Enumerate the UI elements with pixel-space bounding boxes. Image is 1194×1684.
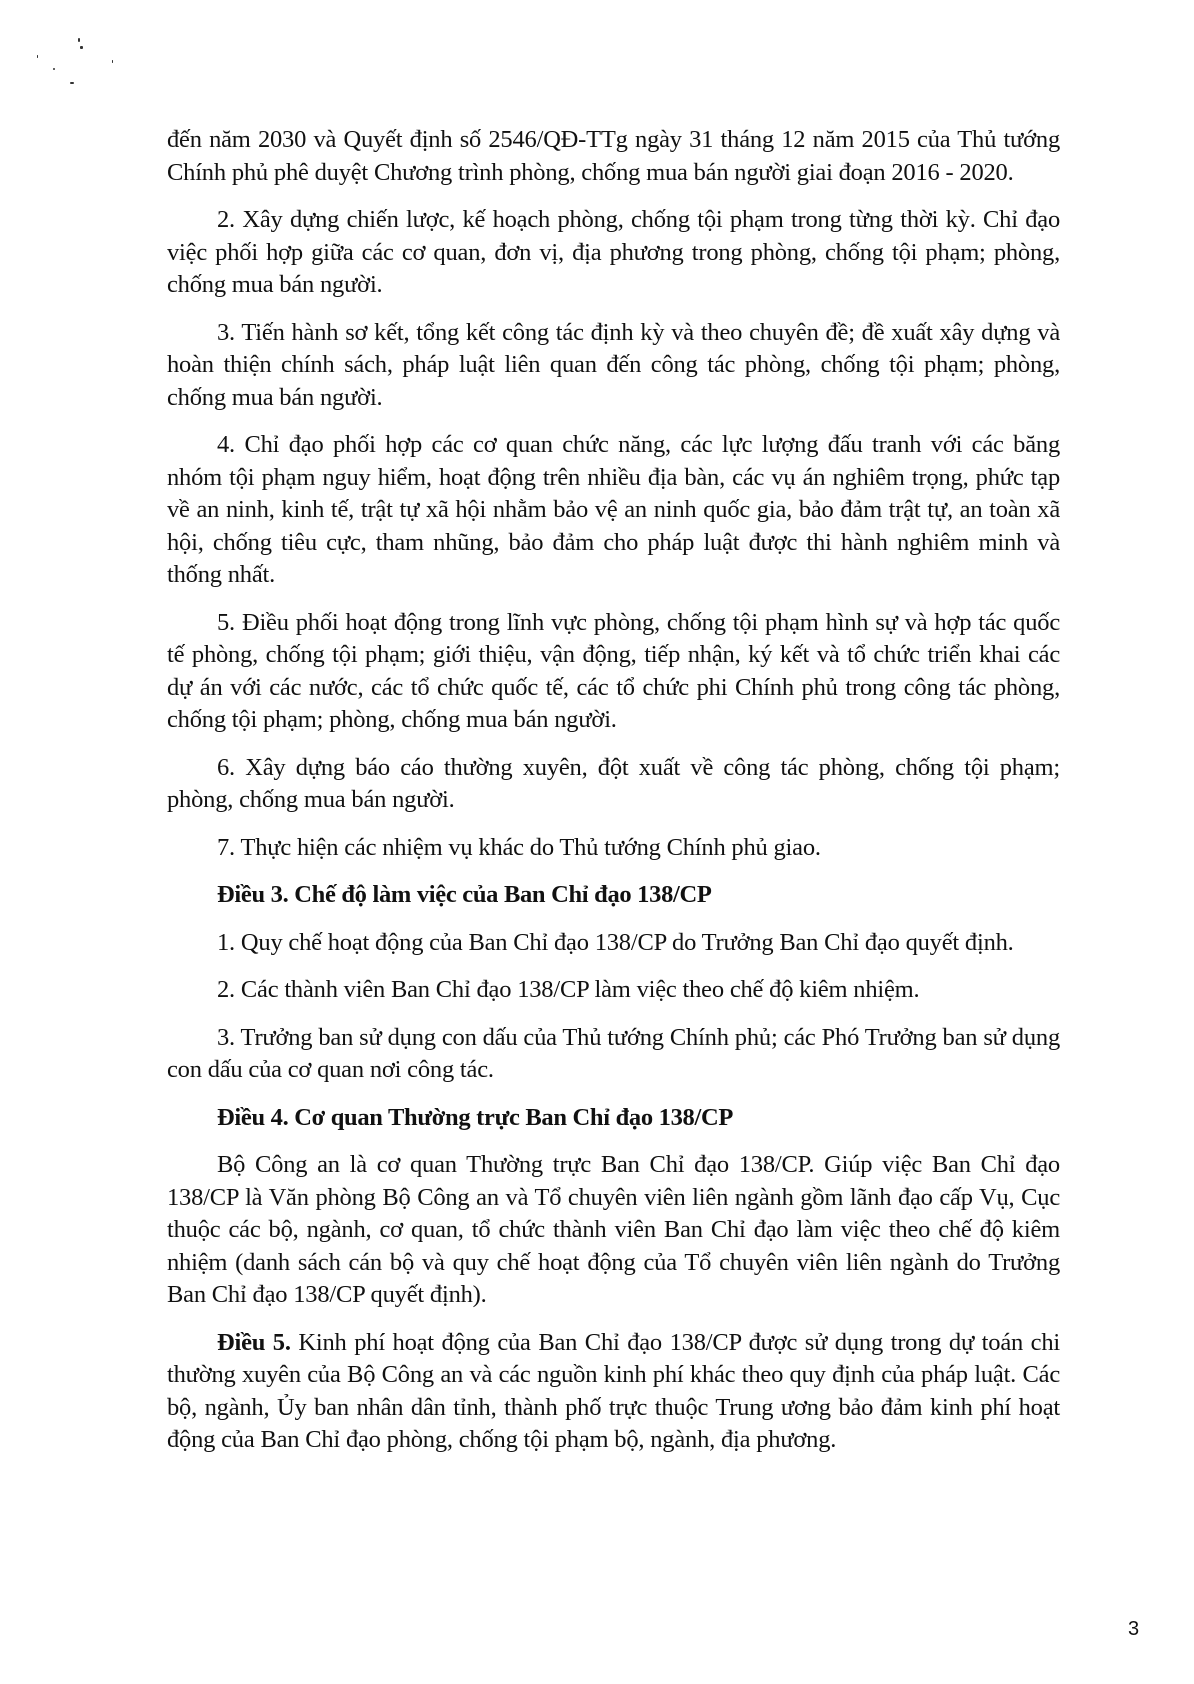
paragraph-item-2: 2. Xây dựng chiến lược, kế hoạch phòng, … [167,204,1060,302]
paragraph-continuation: đến năm 2030 và Quyết định số 2546/QĐ-TT… [167,124,1060,189]
page-number: 3 [1128,1618,1139,1641]
article-3-item-2: 2. Các thành viên Ban Chỉ đạo 138/CP làm… [167,974,1060,1007]
paragraph-item-3: 3. Tiến hành sơ kết, tổng kết công tác đ… [167,317,1060,415]
scan-artifact [78,38,80,42]
paragraph-item-6: 6. Xây dựng báo cáo thường xuyên, đột xu… [167,752,1060,817]
paragraph-item-7: 7. Thực hiện các nhiệm vụ khác do Thủ tư… [167,832,1060,865]
document-page: đến năm 2030 và Quyết định số 2546/QĐ-TT… [167,124,1060,1472]
scan-artifact [70,82,74,84]
article-5-body: Điều 5. Kinh phí hoạt động của Ban Chỉ đ… [167,1327,1060,1457]
scan-artifact [37,55,38,58]
article-3-heading: Điều 3. Chế độ làm việc của Ban Chỉ đạo … [167,879,1060,912]
article-3-item-3: 3. Trưởng ban sử dụng con dấu của Thủ tư… [167,1022,1060,1087]
article-5-label: Điều 5. [217,1329,291,1356]
scan-artifact [80,46,83,49]
article-4-body: Bộ Công an là cơ quan Thường trực Ban Ch… [167,1149,1060,1312]
scan-artifact [112,60,113,63]
scan-artifact [53,68,55,70]
article-5-text: Kinh phí hoạt động của Ban Chỉ đạo 138/C… [167,1329,1060,1454]
article-4-heading: Điều 4. Cơ quan Thường trực Ban Chỉ đạo … [167,1102,1060,1135]
article-3-item-1: 1. Quy chế hoạt động của Ban Chỉ đạo 138… [167,927,1060,960]
paragraph-item-4: 4. Chỉ đạo phối hợp các cơ quan chức năn… [167,429,1060,592]
paragraph-item-5: 5. Điều phối hoạt động trong lĩnh vực ph… [167,607,1060,737]
